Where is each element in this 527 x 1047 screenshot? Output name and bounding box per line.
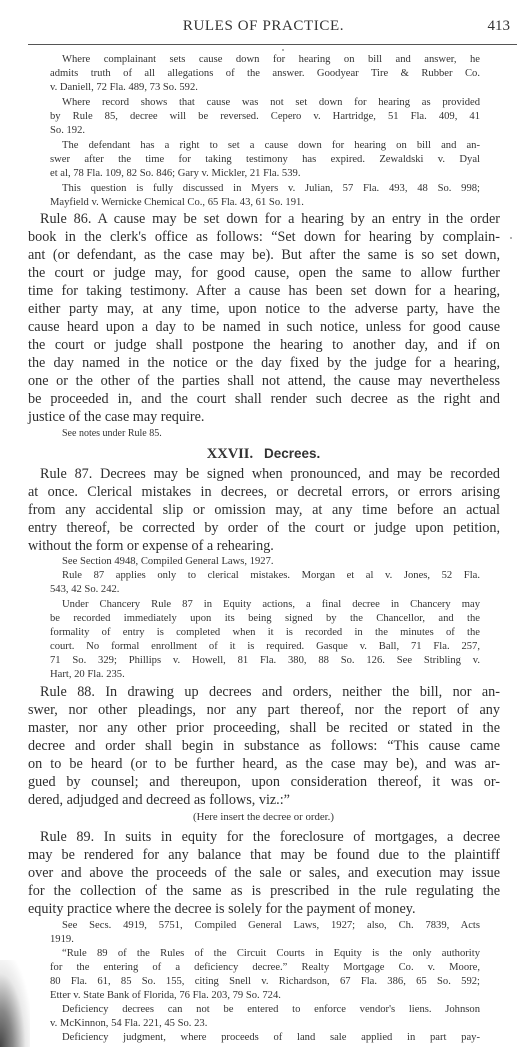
rule-text-line: entry thereof, be corrected by order of … <box>28 520 500 537</box>
rule-text-line: gued by counsel; and thereupon, upon con… <box>28 774 500 791</box>
rule-text-line: justice of the case may require. <box>28 409 500 426</box>
rule-text-line: Rule 89. In suits in equity for the fore… <box>28 829 500 846</box>
rule-text-line: master, nor any other prior proceeding, … <box>28 720 500 737</box>
rule-text-line: swer, nor other pleadings, nor any part … <box>28 702 500 719</box>
note-line: Where record shows that cause was not se… <box>50 97 480 108</box>
note-line: be recorded immediately upon its being s… <box>50 613 480 624</box>
note-line: formality of entry is completed when it … <box>50 627 480 638</box>
note-line: Mayfield v. Wernicke Chemical Co., 65 Fl… <box>50 197 480 208</box>
header-rule <box>28 44 517 45</box>
rule-text-line: either party may, at any time, upon noti… <box>28 301 500 318</box>
rule-text-line: equity practice where the decree is sole… <box>28 901 500 918</box>
note-line: Where complainant sets cause down for he… <box>50 54 480 65</box>
note-line: Etter v. State Bank of Florida, 76 Fla. … <box>50 990 480 1001</box>
scan-fleck <box>510 237 512 239</box>
rule-text-line: Rule 86. A cause may be set down for a h… <box>28 211 500 228</box>
note-line: “Rule 89 of the Rules of the Circuit Cou… <box>50 948 480 959</box>
note-line: swer after the time for taking testimony… <box>50 154 480 165</box>
note-line: See Section 4948, Compiled General Laws,… <box>50 556 480 567</box>
running-header-title: RULES OF PRACTICE. <box>0 18 527 35</box>
document-page: RULES OF PRACTICE. 413 Where complainant… <box>0 0 527 1047</box>
note-line: See Secs. 4919, 5751, Compiled General L… <box>50 920 480 931</box>
rule-text-line: one or the other of the parties shall no… <box>28 373 500 390</box>
note-line: The defendant has a right to set a cause… <box>50 140 480 151</box>
rule-text-line: without the form or expense of a reheari… <box>28 538 500 555</box>
rule-text-line: the court or judge shall postpone the he… <box>28 337 500 354</box>
rule-text-line: ant (or defendant, as the case may be). … <box>28 247 500 264</box>
note-line: 1919. <box>50 934 480 945</box>
rule-text-line: on to be heard (or to be further heard, … <box>28 756 500 773</box>
note-line: 80 Fla. 61, 85 So. 155, citing Snell v. … <box>50 976 480 987</box>
rule-text-line: time for taking testimony. After a cause… <box>28 283 500 300</box>
note-line: 71 So. 329; Phillips v. Howell, 81 Fla. … <box>50 655 480 666</box>
rule-text-line: book in the clerk's office as follows: “… <box>28 229 500 246</box>
page-number: 413 <box>488 18 511 35</box>
note-line: v. Daniell, 72 Fla. 489, 73 So. 592. <box>50 82 480 93</box>
section-title: Decrees. <box>264 446 320 461</box>
note-line: Hart, 20 Fla. 235. <box>50 669 480 680</box>
note-line: v. McKinnon, 54 Fla. 221, 45 So. 23. <box>50 1018 480 1029</box>
section-heading: XXVII. Decrees. <box>0 446 527 463</box>
rule-text-line: dered, adjudged and decreed as follows, … <box>28 792 500 809</box>
rule-note: See notes under Rule 85. <box>50 428 480 439</box>
rule-text-line: cause heard upon a day to be named in su… <box>28 319 500 336</box>
note-line: for the entering of a deficiency decree.… <box>50 962 480 973</box>
note-line: court. No formal enrollment of it is req… <box>50 641 480 652</box>
rule-text-line: from any accidental slip or omission may… <box>28 502 500 519</box>
note-line: So. 192. <box>50 125 480 136</box>
note-line: admits truth of all allegations of the a… <box>50 68 480 79</box>
note-line: by Rule 85, decree will be reversed. Cep… <box>50 111 480 122</box>
rule-text-line: for the collection of the same as is pre… <box>28 883 500 900</box>
rule-text-line: may be rendered for any balance that may… <box>28 847 500 864</box>
note-line: Under Chancery Rule 87 in Equity actions… <box>50 599 480 610</box>
note-line: Rule 87 applies only to clerical mistake… <box>50 570 480 581</box>
rule-text-line: over and above the proceeds of the sale … <box>28 865 500 882</box>
note-line: et al, 78 Fla. 109, 82 So. 846; Gary v. … <box>50 168 480 179</box>
note-line: This question is fully discussed in Myer… <box>50 183 480 194</box>
note-line: 543, 42 So. 242. <box>50 584 480 595</box>
rule-text-line: at once. Clerical mistakes in decrees, o… <box>28 484 500 501</box>
scan-fleck <box>282 49 284 51</box>
rule-text-line: be proceeded in, and the court shall ren… <box>28 391 500 408</box>
section-numeral: XXVII. <box>207 446 253 462</box>
note-line: Deficiency decrees can not be entered to… <box>50 1004 480 1015</box>
rule-text-line: the day named in the notice or the day f… <box>28 355 500 372</box>
rule-text-line: Rule 87. Decrees may be signed when pron… <box>28 466 500 483</box>
rule-text-line: decree and order shall begin in substanc… <box>28 738 500 755</box>
scan-smudge <box>0 960 30 1047</box>
insert-note: (Here insert the decree or order.) <box>0 811 527 823</box>
rule-text-line: Rule 88. In drawing up decrees and order… <box>28 684 500 701</box>
rule-text-line: the court or judge may, for good cause, … <box>28 265 500 282</box>
note-line: Deficiency judgment, where proceeds of l… <box>50 1032 480 1043</box>
